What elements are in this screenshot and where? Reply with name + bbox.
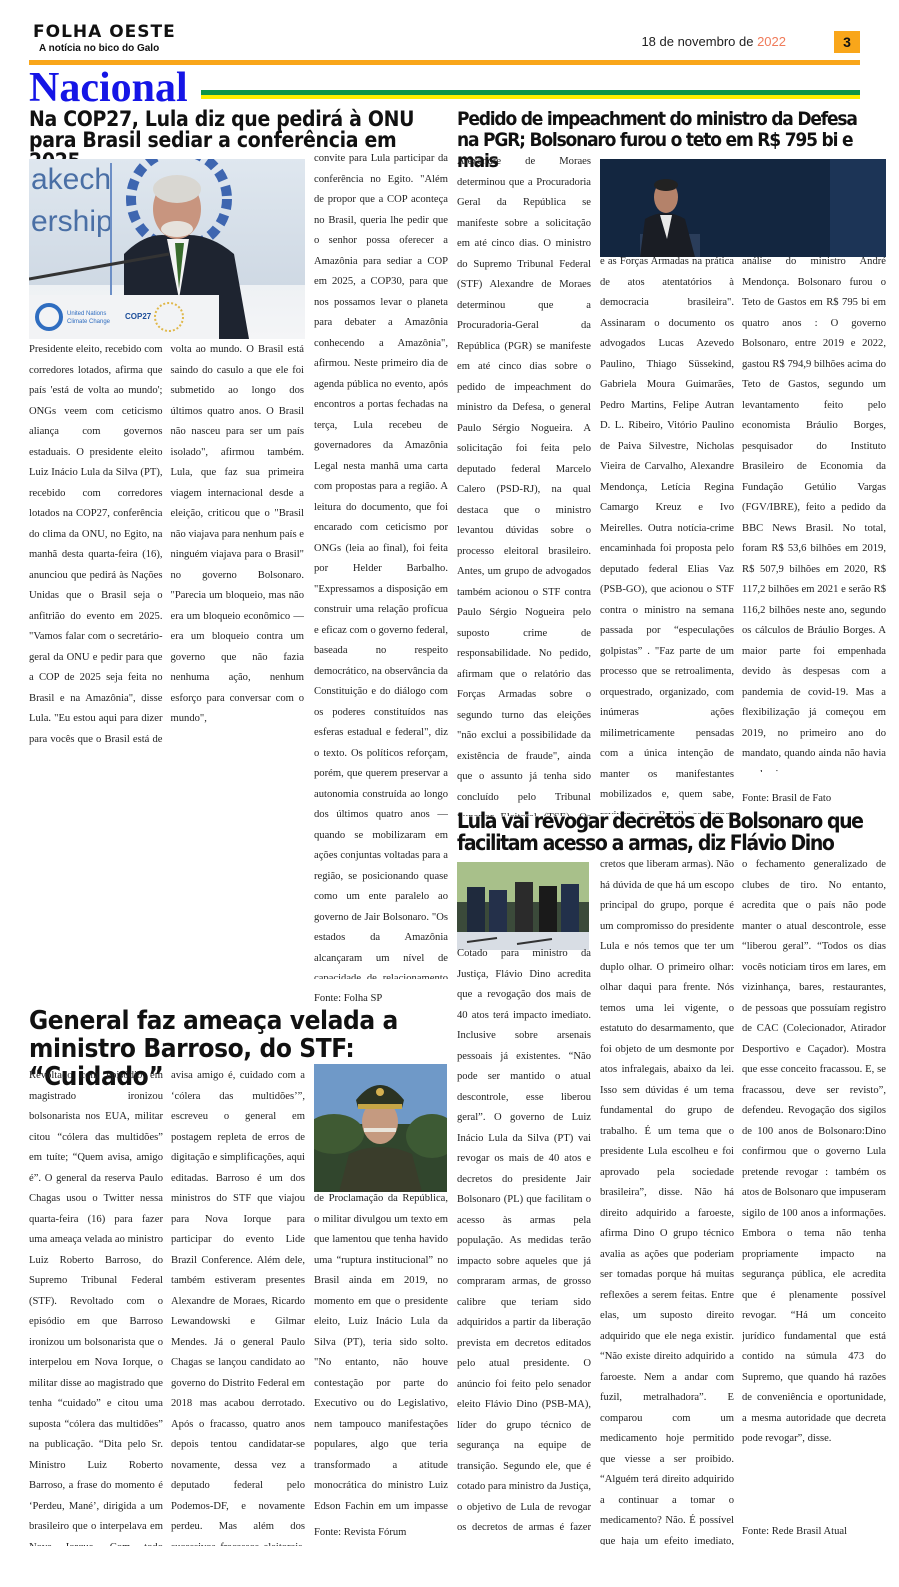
svg-text:akech: akech xyxy=(31,163,111,196)
issue-date-year: 2022 xyxy=(757,34,786,49)
defense-minister-image xyxy=(600,159,886,257)
article-text-armas-col2: cretos que liberam armas). Não há dúvida… xyxy=(600,855,734,1545)
article-text-cop27-col3: convite para Lula participar da conferên… xyxy=(314,149,448,979)
svg-text:COP27: COP27 xyxy=(125,312,152,321)
newspaper-name: FOLHA OESTE xyxy=(33,22,176,42)
article-source-cop27: Fonte: Folha SP xyxy=(314,993,382,1004)
article-headline-armas: Lula vai revogar decretos de Bolsonaro q… xyxy=(457,810,867,854)
article-text-cop27-col1: Presidente eleito, recebido com corredor… xyxy=(29,340,304,1022)
article-photo-lula-cop27: akech ership United Nations Climate Chan… xyxy=(29,159,305,339)
article-text-impeachment-col1: Alexandre de Moraes determinou que a Pro… xyxy=(457,152,591,816)
article-text-armas-col1: Cotado para ministro da Justiça, Flávio … xyxy=(457,944,591,1544)
issue-date: 18 de novembro de 2022 xyxy=(641,34,786,49)
article-source-armas: Fonte: Rede Brasil Atual xyxy=(742,1526,847,1537)
article-photo-dino-weapons xyxy=(457,862,589,950)
general-portrait-image xyxy=(314,1064,447,1192)
issue-date-prefix: 18 de novembro de xyxy=(641,34,757,49)
article-text-barroso-col2: avisa amigo é, cuidado com a ‘cólera das… xyxy=(171,1066,305,1546)
article-photo-defense-minister xyxy=(600,159,886,257)
lula-speaking-image: akech ership United Nations Climate Chan… xyxy=(29,159,305,339)
article-text-impeachment-col3: análise do ministro André Mendonça. Bols… xyxy=(742,252,886,772)
article-text-barroso-col3: de Proclamação da República, o militar d… xyxy=(314,1189,448,1519)
article-text-armas-col3: o fechamento generalizado de clubes de t… xyxy=(742,855,886,1515)
svg-text:United Nations: United Nations xyxy=(67,311,106,317)
article-source-impeachment: Fonte: Brasil de Fato xyxy=(742,793,831,804)
article-text-impeachment-col2: e as Forças Armadas na prática de atos a… xyxy=(600,252,734,814)
page-number-badge: 3 xyxy=(834,31,860,53)
section-yellow-rule xyxy=(201,95,860,99)
article-text-barroso-col1: Revoltado com episódio em magistrado iro… xyxy=(29,1066,163,1546)
svg-text:Climate Change: Climate Change xyxy=(67,319,111,325)
newspaper-tagline: A notícia no bico do Galo xyxy=(39,43,159,54)
dino-weapons-image xyxy=(457,862,589,950)
section-title: Nacional xyxy=(29,64,188,112)
article-photo-general-chagas xyxy=(314,1064,447,1192)
svg-text:ership: ership xyxy=(31,205,113,238)
article-source-barroso: Fonte: Revista Fórum xyxy=(314,1527,406,1538)
